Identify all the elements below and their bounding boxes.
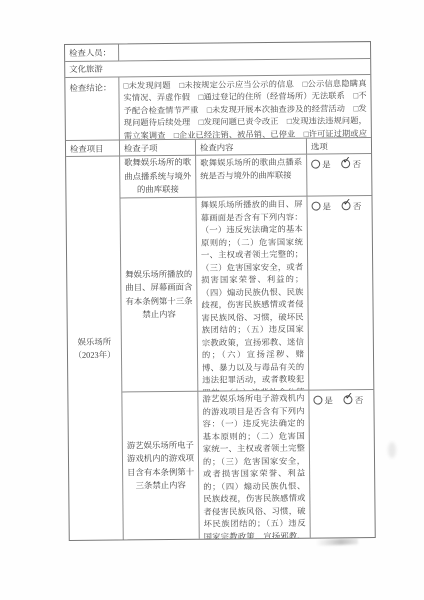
- header-options: 选项: [307, 138, 371, 155]
- header-check-project: 检查项目: [66, 140, 120, 157]
- conclusion-label: 检查结论：: [65, 77, 120, 141]
- option-yes-label: 是: [323, 202, 331, 211]
- subitem-cell: 舞娱乐场所播放的曲目、屏幕画面含有本条例第十三条禁止内容: [120, 198, 198, 393]
- option-yes-label: 是: [324, 396, 332, 405]
- radio-no-checked-icon: ✓: [342, 201, 351, 210]
- options-cell: 是✓否: [307, 154, 371, 197]
- options-cell: 是✓否: [309, 390, 374, 538]
- radio-yes-icon: [312, 202, 321, 211]
- content-cell: 游艺娱乐场所电子游戏机内的游戏项目是否含有下列内容：（一）违反宪法确定的基本原则…: [198, 391, 310, 539]
- project-name: 娱乐场所: [78, 335, 112, 348]
- checkmark-icon: ✓: [345, 390, 354, 403]
- checkmark-icon: ✓: [342, 154, 351, 167]
- option-yes-label: 是: [322, 160, 330, 169]
- content-cell: 歌舞娱乐场所的歌曲点播系统是否与境外的曲库联接: [196, 155, 307, 198]
- header-check-subitem: 检查子项: [120, 140, 196, 157]
- subitem-cell: 歌舞娱乐场所的歌曲点播系统与境外的曲库联接: [120, 156, 196, 199]
- radio-no-checked-icon: ✓: [344, 395, 353, 404]
- checkmark-icon: ✓: [343, 196, 352, 209]
- scan-smudge-artifact: [316, 538, 358, 545]
- option-no-label: 否: [355, 396, 363, 405]
- content-cell: 舞娱乐场所播放的曲目、屏幕画面是否含有下列内容：（一）违反宪法确定的基本原则的；…: [196, 197, 309, 392]
- radio-yes-icon: [311, 160, 320, 169]
- scanned-inspection-form: 检查人员： 文化旅游 检查结论： □未发现问题 □未按规定公示应当公示的信息 □…: [64, 41, 376, 541]
- scan-speck-artifact: [388, 442, 396, 458]
- options-cell: 是✓否: [307, 196, 373, 391]
- radio-no-checked-icon: ✓: [341, 159, 350, 168]
- conclusion-options: □未发现问题 □未按规定公示应当公示的信息 □公示信息隐瞒真实情况、弄虚作假 □…: [119, 75, 371, 140]
- radio-yes-icon: [313, 396, 322, 405]
- option-no-label: 否: [353, 202, 361, 211]
- inspection-table: 检查人员： 文化旅游 检查结论： □未发现问题 □未按规定公示应当公示的信息 □…: [64, 41, 376, 541]
- inspector-label: 检查人员：: [65, 44, 119, 62]
- project-cell: 娱乐场所 （2023年）: [66, 156, 124, 540]
- header-check-content: 检查内容: [196, 139, 307, 156]
- option-no-label: 否: [353, 160, 361, 169]
- subitem-cell: 游艺娱乐场所电子游戏机内的游戏项目含有本条例第十三条禁止内容: [122, 392, 199, 540]
- project-year: （2023年）: [73, 348, 115, 361]
